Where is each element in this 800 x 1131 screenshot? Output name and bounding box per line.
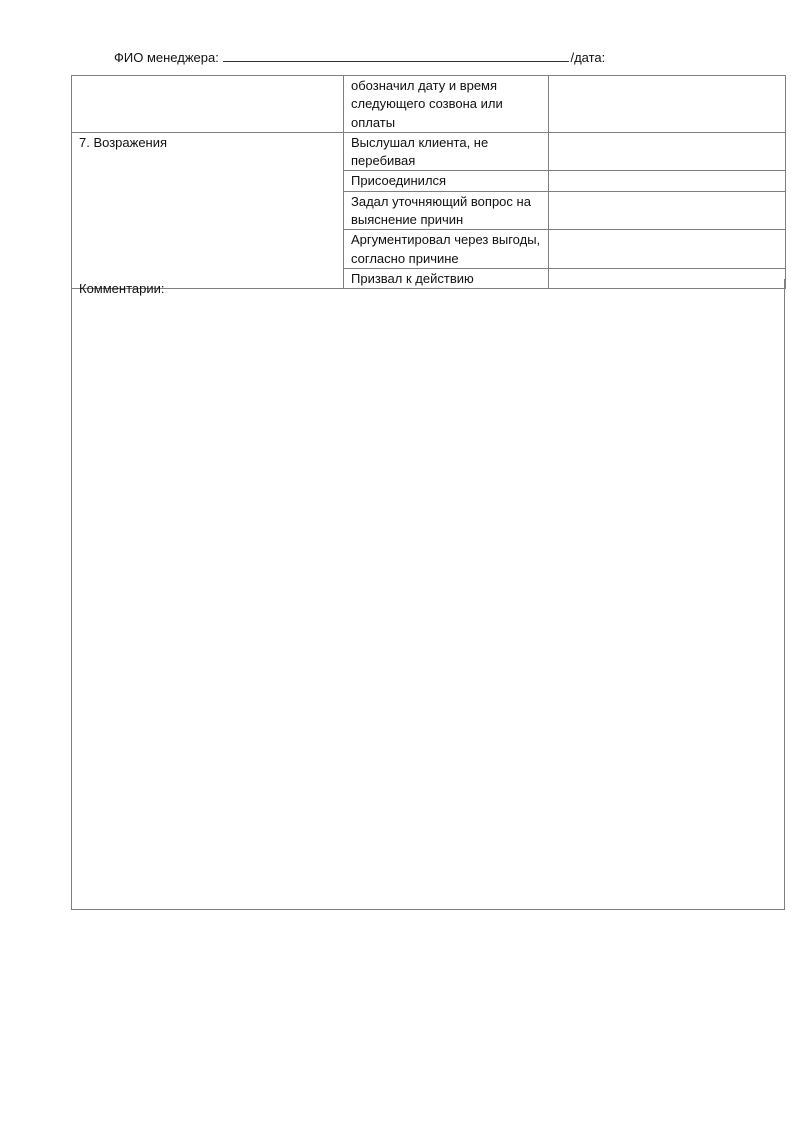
criterion-cell: Выслушал клиента, не перебивая [344, 132, 549, 171]
section-cell: 7. Возражения [72, 132, 344, 288]
section-cell [72, 76, 344, 133]
mark-cell[interactable] [549, 230, 786, 269]
mark-cell[interactable] [549, 132, 786, 171]
mark-cell[interactable] [549, 191, 786, 230]
comments-box[interactable]: Комментарии: [71, 279, 785, 910]
mark-cell[interactable] [549, 171, 786, 191]
criterion-cell: Аргументировал через выгоды, согласно пр… [344, 230, 549, 269]
table-row: 7. Возражения Выслушал клиента, не переб… [72, 132, 786, 171]
manager-name-field[interactable] [223, 49, 569, 62]
comments-label: Комментарии: [79, 281, 777, 296]
criterion-cell: обозначил дату и время следующего созвон… [344, 76, 549, 133]
criterion-cell: Присоединился [344, 171, 549, 191]
table-row: обозначил дату и время следующего созвон… [72, 76, 786, 133]
mark-cell[interactable] [549, 76, 786, 133]
manager-name-label: ФИО менеджера: [114, 50, 219, 65]
date-label: /дата: [570, 50, 605, 65]
criterion-cell: Задал уточняющий вопрос на выяснение при… [344, 191, 549, 230]
evaluation-table: обозначил дату и время следующего созвон… [71, 75, 786, 289]
manager-header: ФИО менеджера: /дата: [114, 49, 605, 65]
